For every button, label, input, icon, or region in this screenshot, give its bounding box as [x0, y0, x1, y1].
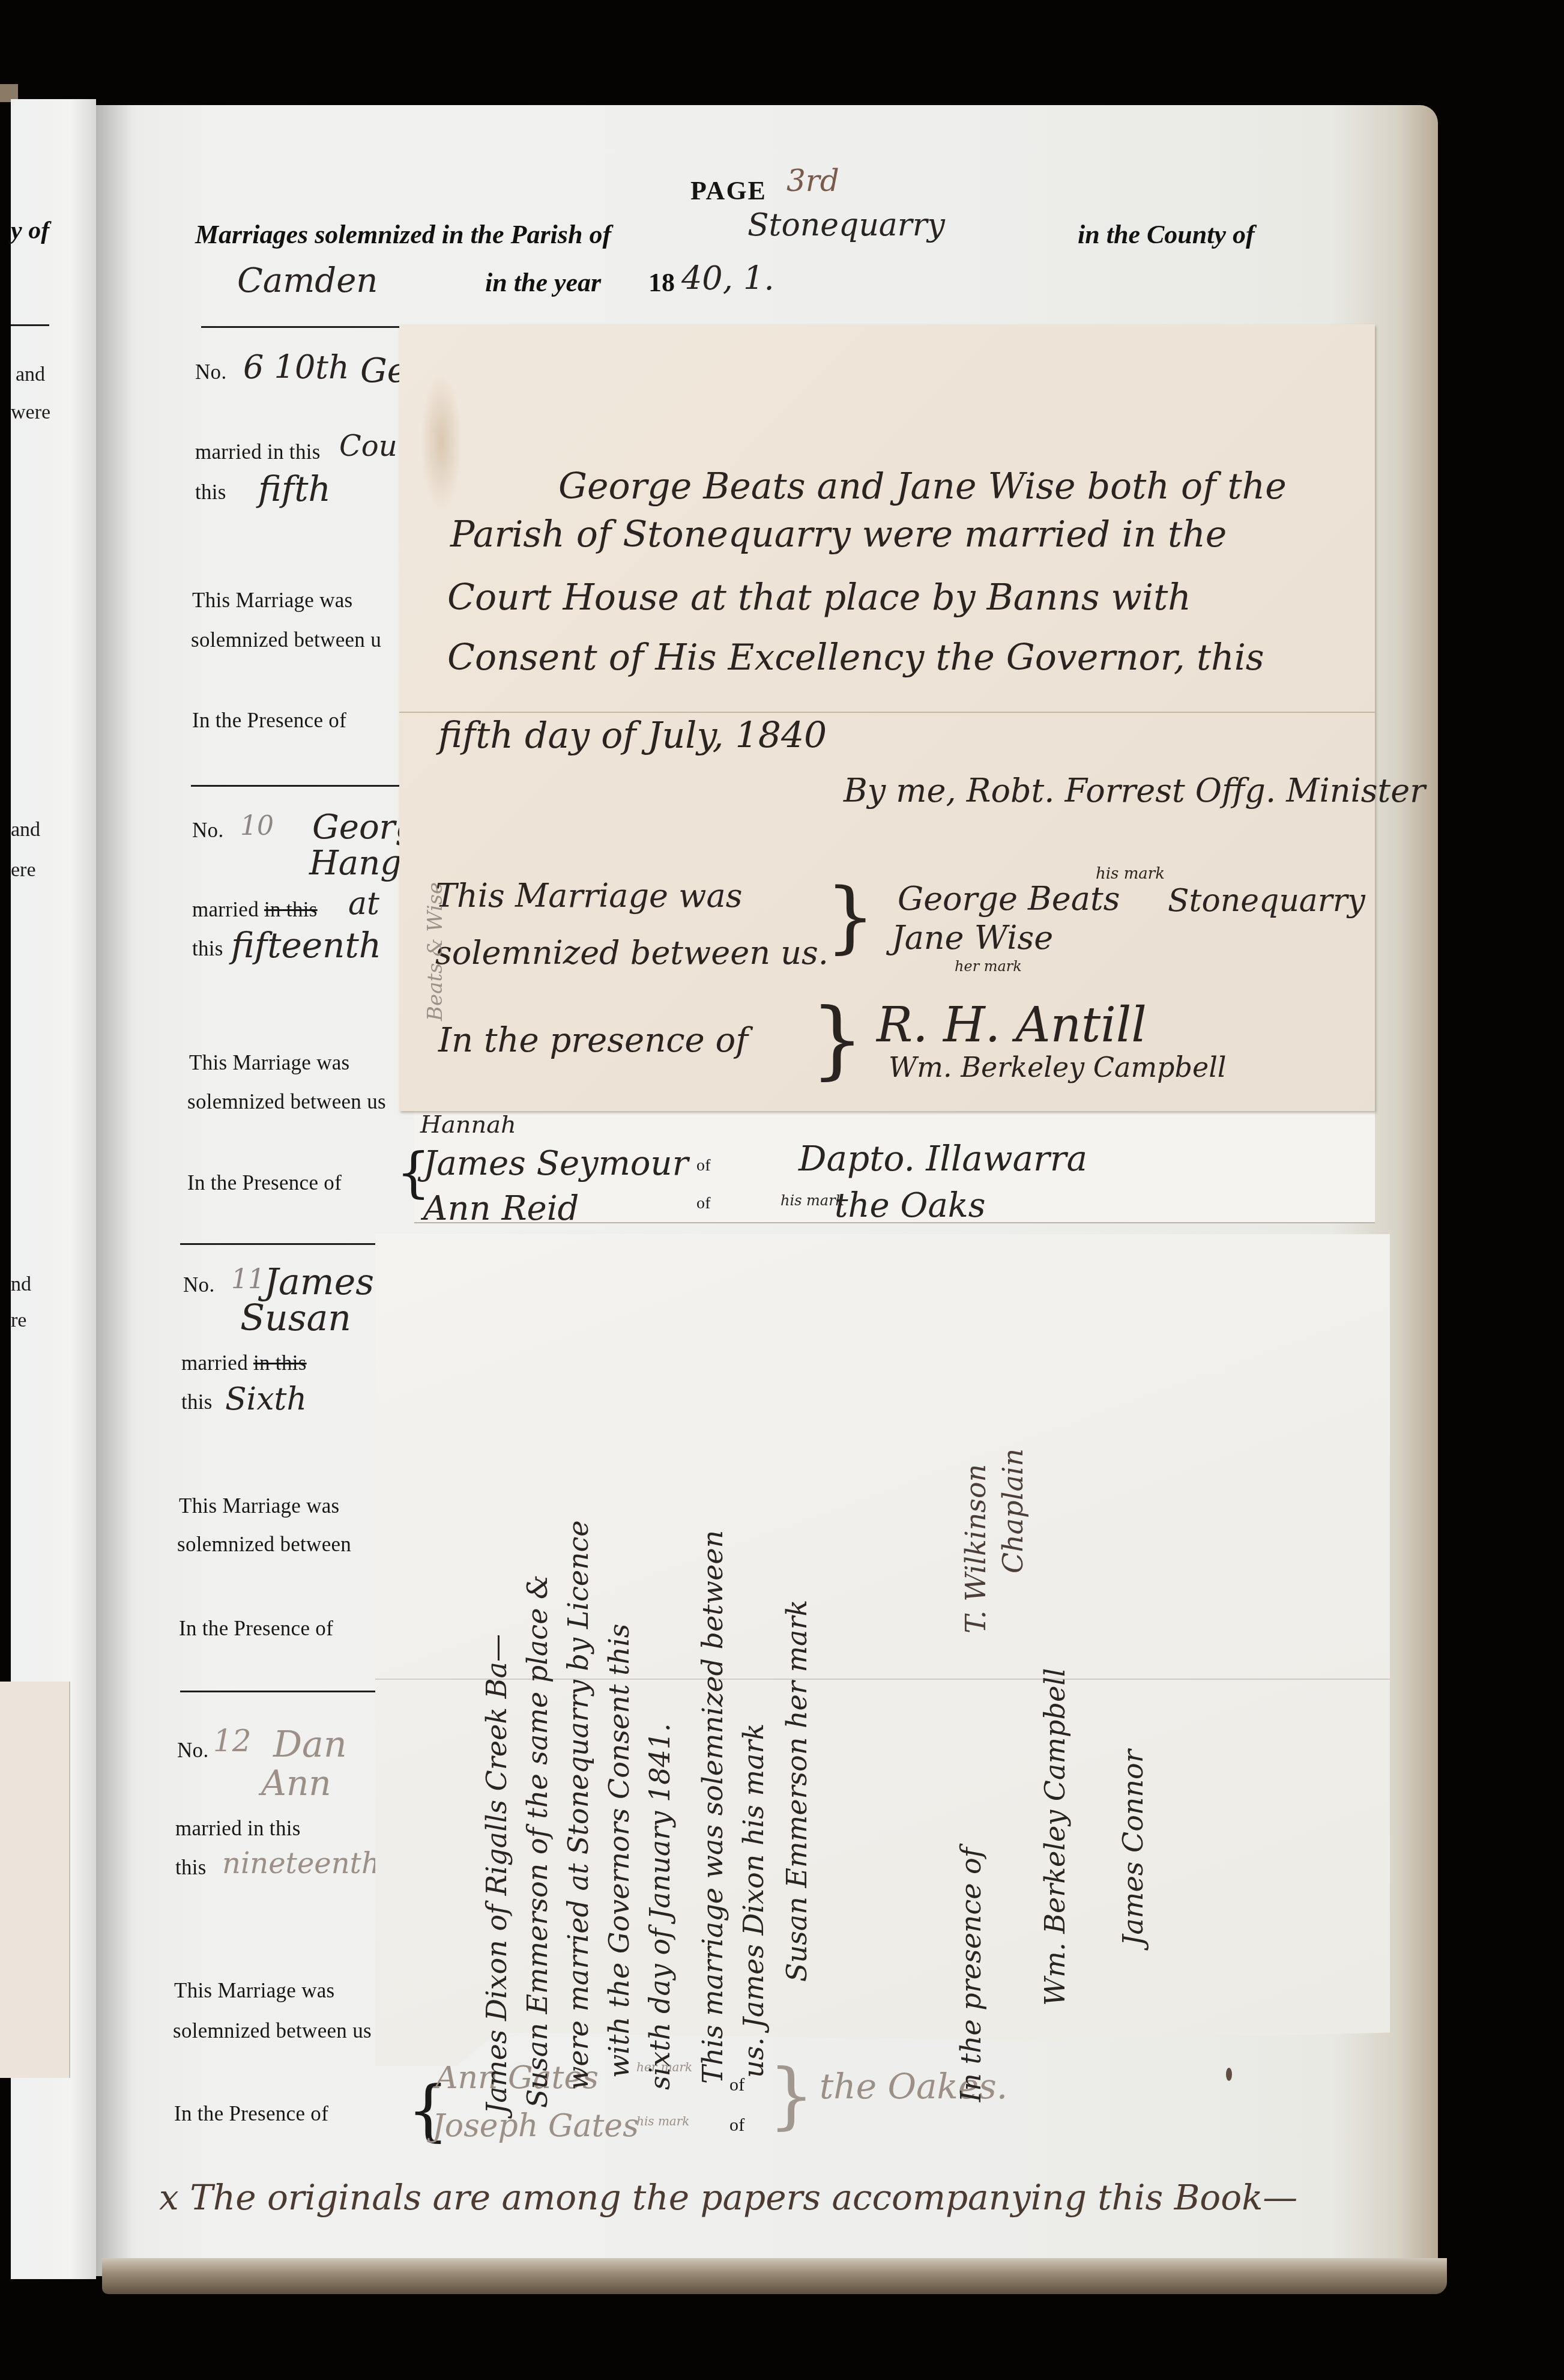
- page-label: PAGE: [690, 175, 767, 206]
- entry-no-label: No.: [195, 360, 226, 384]
- county-name: Camden: [237, 261, 378, 300]
- entry-name-fragment-2: Hang: [309, 844, 402, 883]
- married-in-label: married in this: [195, 440, 321, 464]
- page-number: 3rd: [787, 163, 839, 198]
- entry-day: Sixth: [225, 1381, 307, 1417]
- entry-no-label: No.: [192, 819, 223, 843]
- note2-presence-label: In the presence of: [955, 1847, 987, 2102]
- county-label: in the County of: [1078, 219, 1255, 250]
- fold-line: [399, 712, 1375, 713]
- note1-witness-1: R. H. Antill: [877, 997, 1147, 1053]
- of-label: of: [729, 2075, 745, 2095]
- entry-number: 6 10th: [243, 348, 349, 386]
- note2-line-3: were married at Stonequarry by Licence: [562, 1520, 594, 2090]
- note1-line-3: Court House at that place by Banns with: [447, 577, 1191, 619]
- entry-rule: [201, 326, 399, 328]
- solemnized-label: solemnized between us: [187, 1090, 386, 1114]
- witness-2: Joseph Gates: [432, 2108, 639, 2144]
- presence-label: In the Presence of: [179, 1617, 333, 1641]
- note2-line-6: This marriage was solemnized between: [696, 1530, 729, 2084]
- entry-no-label: No.: [177, 1739, 208, 1763]
- this-label: this: [181, 1390, 213, 1414]
- entry-day: nineteenth: [222, 1847, 380, 1880]
- witness-fragment: Hannah: [420, 1111, 516, 1139]
- entry-place: at: [348, 886, 379, 922]
- marriage-was-label: This Marriage was: [174, 1979, 335, 2003]
- note1-party-1: George Beats: [898, 880, 1120, 918]
- witness-2-mark: his mark: [636, 2114, 689, 2128]
- parish-name: Stonequarry: [747, 207, 945, 243]
- note1-party-1-place: Stonequarry: [1168, 883, 1365, 919]
- note2-line-8: Susan Emmerson her mark: [780, 1600, 813, 1982]
- left-page-fragment: and: [11, 819, 40, 841]
- witness-1-place: Dapto. Illawarra: [799, 1138, 1087, 1179]
- witness-2: Ann Reid: [423, 1189, 579, 1228]
- ink-mark: [1226, 2068, 1232, 2081]
- entry-rule: [191, 785, 401, 787]
- left-page-pasted-slip: [0, 1682, 70, 2078]
- left-page-fragment: nd: [11, 1273, 31, 1296]
- this-label: this: [192, 937, 223, 961]
- presence-label: In the Presence of: [174, 2102, 328, 2126]
- note1-line-2: Parish of Stonequarry were married in th…: [450, 513, 1227, 556]
- witness-1: James Seymour: [423, 1144, 688, 1183]
- stain: [420, 372, 462, 510]
- note1-party-1-mark: his mark: [1096, 865, 1165, 883]
- year-printed: 18: [648, 267, 675, 298]
- page-edges-bottom: [102, 2258, 1447, 2294]
- entry-name-fragment-2: Ann: [261, 1763, 331, 1803]
- entry-number: 11: [231, 1264, 265, 1295]
- witness-2-place: the Oaks: [835, 1186, 985, 1225]
- presence-label: In the Presence of: [192, 709, 346, 733]
- footnote: x The originals are among the papers acc…: [159, 2177, 1297, 2218]
- left-page-rule: [11, 324, 49, 326]
- married-label: married in this: [192, 898, 318, 922]
- entry-name-fragment-2: Susan: [240, 1297, 351, 1339]
- note1-party-2-mark: her mark: [955, 958, 1022, 975]
- entry-day: fifth: [258, 468, 331, 509]
- marriage-was-label: This Marriage was: [179, 1494, 340, 1518]
- note1-between-label-2: solemnized between us.: [435, 934, 829, 972]
- left-page-fragment: ere: [11, 859, 36, 882]
- brace: }: [826, 871, 875, 962]
- entry-number: 12: [213, 1724, 252, 1758]
- year-handwritten: 40, 1.: [681, 259, 774, 297]
- note2-witness-2: James Connor: [1117, 1749, 1149, 1946]
- note2-line-2: Susan Emmerson of the same place &: [521, 1575, 554, 2108]
- presence-label: In the Presence of: [187, 1171, 342, 1195]
- entry-number: 10: [240, 811, 274, 841]
- note1-margin-pencil: Beats & Wise: [423, 882, 447, 1021]
- year-label: in the year: [485, 267, 601, 298]
- note1-line-4: Consent of His Excellency the Governor, …: [447, 637, 1264, 679]
- married-label: married in this: [181, 1351, 307, 1375]
- this-label: this: [195, 480, 226, 504]
- entry-no-label: No.: [183, 1273, 214, 1297]
- entry-day: fifteenth: [231, 925, 381, 966]
- entry-rule: [180, 1691, 384, 1692]
- note1-party-2: Jane Wise: [892, 919, 1053, 957]
- marriage-was-label: This Marriage was: [192, 589, 353, 613]
- note1-officiant: By me, Robt. Forrest Offg. Minister: [844, 772, 1425, 810]
- register-title: Marriages solemnized in the Parish of: [195, 219, 611, 250]
- note1-line-5: fifth day of July, 1840: [438, 715, 827, 757]
- gutter-shadow: [96, 105, 132, 2276]
- note2-line-7: us. James Dixon his mark: [737, 1724, 770, 2078]
- note1-presence-label: In the presence of: [438, 1021, 748, 1060]
- of-label: of: [696, 1194, 711, 1213]
- this-label: this: [175, 1856, 207, 1880]
- of-label: of: [729, 2115, 745, 2136]
- solemnized-label: solemnized between us: [173, 2019, 372, 2043]
- struck-in-this: in this: [253, 1351, 307, 1375]
- note2-officiant-1: T. Wilkinson: [959, 1464, 992, 1634]
- left-page-fragment: were: [11, 401, 50, 424]
- note1-witness-2: Wm. Berkeley Campbell: [889, 1051, 1227, 1083]
- note1-line-1: George Beats and Jane Wise both of the: [558, 465, 1287, 507]
- note2-line-4: with the Governors Consent this: [603, 1624, 635, 2078]
- note2-line-5: sixth day of January 1841.: [644, 1723, 676, 2090]
- note2-officiant-2: Chaplain: [997, 1449, 1029, 1573]
- entry-rule: [180, 1243, 378, 1245]
- brace: }: [811, 991, 864, 1089]
- note1-between-label-1: This Marriage was: [435, 877, 742, 915]
- note2-line-1: James Dixon of Rigalls Creek Ba—: [480, 1634, 513, 2114]
- entry-name-fragment: Dan: [273, 1724, 347, 1766]
- married-in-label: married in this: [175, 1817, 301, 1841]
- of-label: of: [696, 1156, 711, 1175]
- brace-right: }: [768, 2054, 814, 2137]
- marriage-was-label: This Marriage was: [189, 1051, 350, 1075]
- left-page-fragment: re: [11, 1309, 26, 1332]
- left-page-fragment: and: [16, 363, 45, 386]
- struck-in-this: in this: [264, 898, 318, 921]
- note2-witness-1: Wm. Berkeley Campbell: [1039, 1668, 1071, 2006]
- solemnized-label: solemnized between u: [191, 628, 381, 652]
- solemnized-label: solemnized between: [177, 1533, 351, 1557]
- left-page-fragment: y of: [11, 216, 49, 245]
